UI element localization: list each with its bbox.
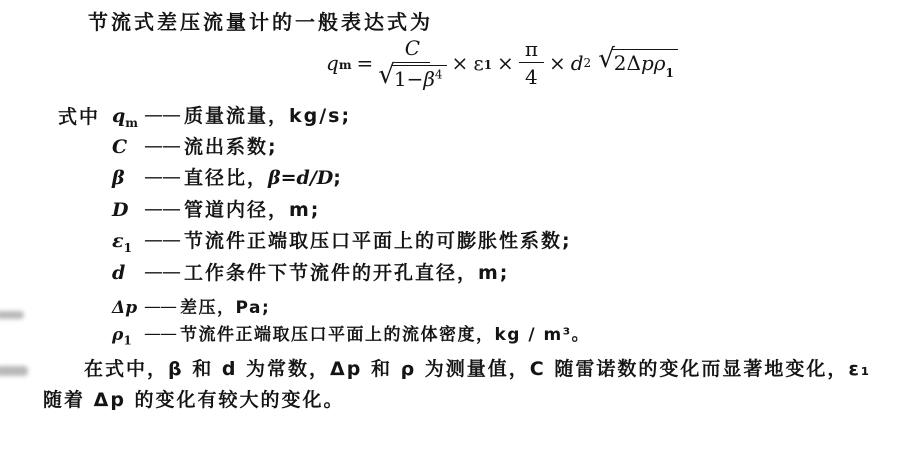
symbol-subscript: m bbox=[125, 116, 138, 130]
symbol-letter: Δp bbox=[112, 298, 137, 318]
em-dash: —— bbox=[144, 324, 176, 344]
closing-paragraph-line-2: 随着 Δp 的变化有较大的变化。 bbox=[43, 385, 345, 412]
definition-text: 节流件正端取压口平面上的可膨胀性系数; bbox=[184, 226, 572, 253]
pi-symbol: π bbox=[519, 37, 544, 63]
definition-text: 管道内径，m; bbox=[184, 195, 320, 222]
where-label: 式中 bbox=[58, 102, 100, 129]
em-dash: —— bbox=[144, 297, 176, 317]
four-denominator: 4 bbox=[525, 63, 538, 89]
symbol-letter: ε bbox=[112, 230, 124, 252]
closing-paragraph-line-1: 在式中，β 和 d 为常数，Δp 和 ρ 为测量值，C 随雷诺数的变化而显著地变… bbox=[84, 354, 871, 381]
fraction-numerator-C: C bbox=[395, 36, 430, 63]
definition-row-D: D——管道内径，m; bbox=[112, 195, 320, 224]
fraction-denominator: √ 1−β4 bbox=[378, 63, 446, 91]
symbol-letter: C bbox=[112, 136, 127, 158]
definition-tail: ; bbox=[333, 167, 343, 189]
em-dash: —— bbox=[144, 261, 180, 283]
symbol: d bbox=[112, 262, 144, 287]
em-dash: —— bbox=[144, 229, 180, 251]
definition-text: 工作条件下节流件的开孔直径，m; bbox=[184, 258, 509, 285]
symbol: D bbox=[112, 199, 144, 224]
formula-qm: q bbox=[326, 51, 339, 75]
symbol: C bbox=[112, 136, 144, 161]
symbol: β bbox=[112, 167, 144, 192]
radicand-pre: 1− bbox=[394, 67, 423, 91]
em-dash: —— bbox=[144, 104, 180, 126]
d-symbol: d bbox=[571, 51, 584, 75]
definition-math: β=d/D bbox=[268, 167, 333, 189]
definition-text: 直径比， bbox=[184, 163, 268, 190]
multiply-sign: × bbox=[497, 51, 514, 75]
pi-over-four-fraction: π 4 bbox=[519, 37, 544, 89]
symbol-subscript: 1 bbox=[123, 333, 131, 347]
radicand-pre: 2Δ bbox=[614, 51, 641, 75]
symbol-letter: d bbox=[112, 262, 125, 284]
coefficient-fraction: C √ 1−β4 bbox=[378, 36, 446, 91]
symbol-letter: ρ bbox=[112, 325, 123, 345]
multiply-sign: × bbox=[549, 51, 566, 75]
scan-artifact bbox=[0, 366, 28, 376]
em-dash: —— bbox=[144, 135, 180, 157]
definition-row-rho1: ρ1——节流件正端取压口平面上的流体密度，kg / m³。 bbox=[112, 320, 590, 347]
definition-text: 差压，Pa; bbox=[180, 293, 270, 318]
scan-artifact bbox=[0, 311, 24, 319]
em-dash: —— bbox=[144, 166, 180, 188]
square-root-pressure-term: √ 2Δpρ1 bbox=[598, 49, 678, 78]
square-root: √ 1−β4 bbox=[378, 65, 446, 91]
definition-row-d: d——工作条件下节流件的开孔直径，m; bbox=[112, 258, 509, 287]
radicand-variables: pρ bbox=[641, 51, 666, 75]
equals-sign: = bbox=[357, 51, 374, 75]
d-exponent: 2 bbox=[584, 56, 592, 70]
definition-row-C: C——流出系数; bbox=[112, 132, 278, 161]
radicand-one-minus-beta4: 1−β4 bbox=[392, 65, 447, 91]
symbol: ε1 bbox=[112, 230, 144, 255]
symbol: Δp bbox=[112, 298, 144, 320]
epsilon-subscript: 1 bbox=[484, 58, 492, 72]
symbol: qm bbox=[112, 105, 144, 130]
symbol-subscript: 1 bbox=[124, 241, 132, 255]
definition-row-epsilon1: ε1——节流件正端取压口平面上的可膨胀性系数; bbox=[112, 226, 572, 255]
beta-exponent: 4 bbox=[435, 67, 443, 81]
page-title: 节流式差压流量计的一般表达式为 bbox=[88, 6, 433, 35]
flow-equation: qm = C √ 1−β4 × ε1 × π 4 × d2 √ 2Δpρ1 bbox=[326, 36, 678, 90]
em-dash: —— bbox=[144, 198, 180, 220]
epsilon-symbol: ε bbox=[473, 51, 483, 75]
symbol-letter: β bbox=[112, 167, 125, 189]
formula-qm-subscript: m bbox=[339, 58, 352, 72]
symbol: ρ1 bbox=[112, 325, 144, 347]
radicand-2dp-rho1: 2Δpρ1 bbox=[612, 49, 678, 78]
definition-text: 质量流量，kg/s; bbox=[184, 101, 351, 128]
definition-row-qm: qm——质量流量，kg/s; bbox=[112, 101, 351, 130]
document-page: 节流式差压流量计的一般表达式为 qm = C √ 1−β4 × ε1 × π 4… bbox=[0, 0, 898, 450]
radical-sign: √ bbox=[378, 62, 395, 88]
definition-text: 节流件正端取压口平面上的流体密度，kg / m³。 bbox=[180, 320, 590, 345]
definition-row-delta-p: Δp——差压，Pa; bbox=[112, 293, 270, 320]
symbol-letter: D bbox=[112, 199, 128, 221]
multiply-sign: × bbox=[452, 51, 469, 75]
radical-sign: √ bbox=[598, 46, 615, 72]
rho-subscript: 1 bbox=[666, 66, 674, 80]
symbol-letter: q bbox=[112, 105, 125, 127]
definition-row-beta: β——直径比，β=d/D; bbox=[112, 163, 343, 192]
beta-symbol: β bbox=[423, 67, 435, 91]
definition-text: 流出系数; bbox=[184, 132, 278, 159]
